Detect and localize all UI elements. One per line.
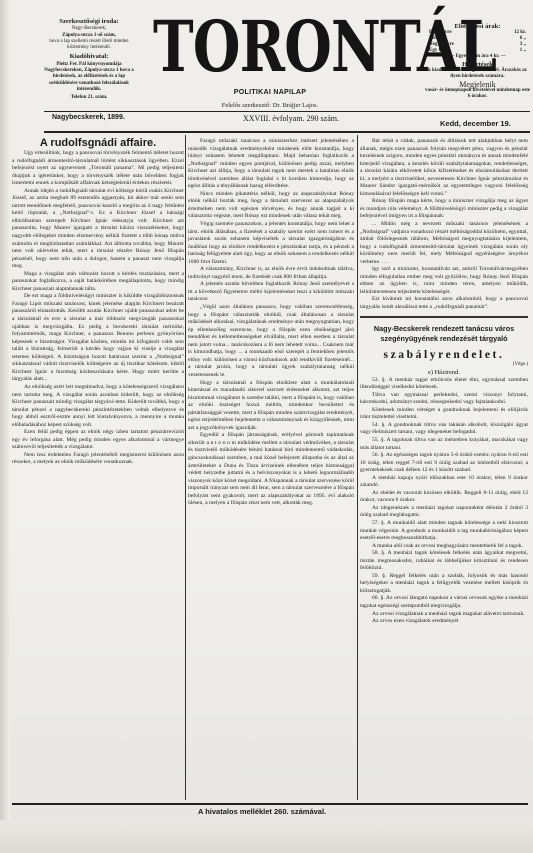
column-divider <box>185 135 186 800</box>
regulation-paragraph: Az ebédet és vacsorát közösen elköltik. … <box>360 490 528 505</box>
regulation-paragraph: 58. §. A menházi tagok kötelesek felkelé… <box>360 550 528 573</box>
volume-number: XXVIII. évfolyam. 290 szám. <box>191 114 391 123</box>
article-paragraph: Ugy értesültünk, hogy a pancsovai törvén… <box>12 150 184 188</box>
publisher-text: Pleitz Fer. Pál könyvnyomdája Nagybecske… <box>44 62 134 93</box>
regulation-paragraph: 56. §. Az egészséges tagok nyáron 5-6 ór… <box>360 452 528 475</box>
article-headline: A rudolfsgnádi affaire. <box>12 136 184 150</box>
regulation-paragraph: 55. §. A tagoknak tiltva van az intézetb… <box>360 437 528 452</box>
masthead-office-info: Szerkesztőségi iroda: Nagy-Becskerek, Zá… <box>44 18 134 102</box>
section-headline: Nagy-Becskerek rendezett tanácsu város s… <box>360 324 528 344</box>
price-label: Egy hóra <box>429 48 449 54</box>
regulation-paragraph: 59. §. Reggel felkelés után a szobák, fo… <box>360 573 528 596</box>
office-note: hova a lap szellemi részét illető minden… <box>44 39 134 52</box>
page-bottom-shadow <box>0 820 533 853</box>
regulation-paragraph: 60. §. Az orvosi látogató napokon a váro… <box>360 595 528 610</box>
article-paragraph: Ezen felül pedig éppen az elnök négy izb… <box>12 429 184 452</box>
regulation-paragraph: Az idegeneknek a menházi tagokat naponta… <box>360 505 528 520</box>
article-paragraph: Végig szemére panaszokon, a jelentés kon… <box>188 221 354 266</box>
appears-text: vasár- és ünnepnapok kivételével mindenn… <box>425 88 530 100</box>
price-value: 1 „ <box>520 48 526 54</box>
article-paragraph: De ezt maga a földmivelésügyi miniszter … <box>12 293 184 384</box>
place-year: Nagybecskerek, 1899. <box>52 114 125 121</box>
article-paragraph: Egyedül a főispán jártasságának, erélyév… <box>188 432 354 507</box>
regulation-paragraph: 53. §. A menház tagjai erkölcsös életet … <box>360 377 528 392</box>
page-edge-shadow <box>0 0 10 853</box>
newspaper-page: Szerkesztőségi iroda: Nagy-Becskerek, Zá… <box>0 0 533 853</box>
article-paragraph: Nem lesz érdektelen Faragó jelentéséből … <box>12 452 184 467</box>
regulation-paragraph: Az orvosi vizsgálatnak a menházi tagok m… <box>360 611 528 619</box>
column-1: A rudolfsgnádi affaire. Ugy értesültünk,… <box>12 136 184 798</box>
regulation-title: szabályrendelet. <box>360 348 528 362</box>
footer-divider <box>12 803 528 805</box>
column-divider <box>357 135 358 800</box>
article-paragraph: ... Midőn még a nevezett műszaki tanácso… <box>360 221 528 266</box>
article-paragraph: A választmány, Kirchner is, az elnök évr… <box>188 266 354 281</box>
office-title: Szerkesztőségi iroda: <box>44 19 134 25</box>
phone: Telefon 21. szám. <box>44 95 134 101</box>
editor-line: Felelős szerkesztő: Dr. Brájjer Lajos. <box>185 102 355 109</box>
supplement-note: A hivatalos melléklet 260. számával. <box>198 807 326 816</box>
subsection-title: e) Házirend. <box>360 368 528 377</box>
column-2: Faragó műszaki tanácsos a miniszterhez i… <box>188 138 354 798</box>
publisher-title: Kiadóhivatal: <box>44 54 134 60</box>
article-paragraph: A jelentés azután bővebben foglalkozik R… <box>188 281 354 304</box>
article-paragraph: Igy szól a miniszter, konstatálván azt, … <box>360 266 528 296</box>
regulation-paragraph: Az orvos ezen vizsgálatok eredményét <box>360 618 528 626</box>
article-paragraph: Rónay főispán maga kérte, hogy a miniszt… <box>360 198 528 221</box>
ads-text: a kiadóhivatalban fogadtatnak el. Árszab… <box>425 68 530 80</box>
article-paragraph: Bár tehát a vádak, panaszok és állitások… <box>360 138 528 198</box>
article-paragraph: Hogy a társulatnál a főispán elnöklete a… <box>188 380 354 433</box>
article-paragraph: „Végül azon általános panaszra, hogy val… <box>188 304 354 379</box>
regulation-paragraph: A menház kapuja nyári időszakban este 10… <box>360 475 528 490</box>
regulation-paragraph: 57. §. A munkaidő alatt minden tagnak kö… <box>360 520 528 543</box>
single-copy-price: — Egyes szám ára 4 kr. — <box>425 54 530 60</box>
section-divider <box>360 316 528 318</box>
newspaper-title: TORONTÁL <box>153 10 387 84</box>
masthead-subscription-info: Előfizetési árak: Egész évre12 kr. Félév… <box>425 24 530 100</box>
article-paragraph: Az elnökség azért lett megtámadva, hogy … <box>12 384 184 429</box>
issue-date: Kedd, december 19. <box>440 119 511 128</box>
article-paragraph: Annak idején a rudolfsgnádi társulat évi… <box>12 188 184 271</box>
regulation-paragraph: Tiltva van egymással perlekedni, szemi v… <box>360 392 528 407</box>
column-3: Bár tehát a vádak, panaszok és állitások… <box>360 138 528 798</box>
article-paragraph: Faragó műszaki tanácsos a miniszterhez i… <box>188 138 354 191</box>
article-paragraph: Maga a vizsgálat után változást hozott a… <box>12 271 184 294</box>
article-paragraph: Nincs minden pikantéria nélkül, hogy az … <box>188 191 354 221</box>
regulation-paragraph: 54. §. A gondnoknak tiltva van lakásán a… <box>360 422 528 437</box>
newspaper-subtitle: POLITIKAI NAPILAP <box>200 89 340 96</box>
article-paragraph: Ezt kívántuk mi konstatálni azon alkalom… <box>360 296 528 311</box>
masthead-divider <box>44 131 530 133</box>
regulation-paragraph: Kötelesek minden vétséget a gondnoknak b… <box>360 407 528 422</box>
